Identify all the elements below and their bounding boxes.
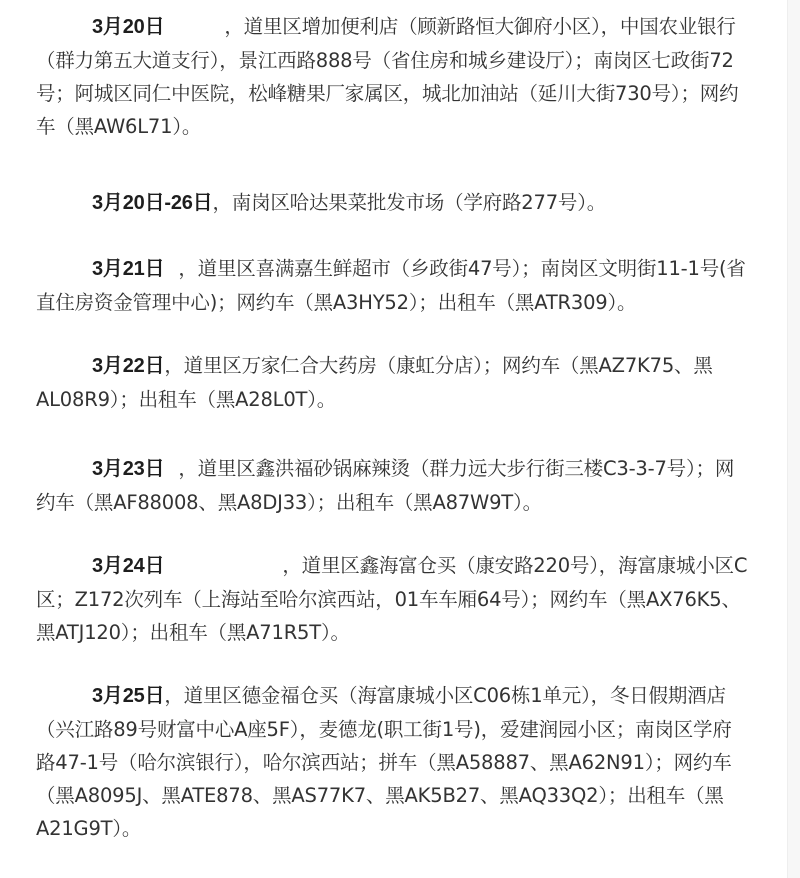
date-label: 3月25日 [92, 685, 164, 707]
paragraph-mar-24: 3月24日，道里区鑫海富仓买（康安路220号），海富康城小区C区；Z172次列车… [36, 549, 748, 649]
date-label: 3月24日 [92, 555, 164, 577]
date-label: 3月23日 [92, 458, 164, 480]
date-label: 3月22日 [92, 355, 164, 377]
paragraph-mar-20-26: 3月20日-26日，南岗区哈达果菜批发市场（学府路277号）。 [36, 186, 748, 220]
paragraph-mar-21: 3月21日，道里区喜满嘉生鲜超市（乡政街47号）；南岗区文明街11-1号(省直住… [36, 252, 748, 319]
page-edge [787, 0, 800, 878]
location-text: ，道里区德金福仓买（海富康城小区C06栋1单元），冬日假期酒店（兴江路89号财富… [36, 684, 732, 840]
location-text: ，南岗区哈达果菜批发市场（学府路277号）。 [212, 191, 606, 214]
date-label: 3月20日-26日 [92, 192, 212, 214]
paragraph-mar-22: 3月22日，道里区万家仁合大药房（康虹分店）；网约车（黑AZ7K75、黑AL08… [36, 349, 748, 416]
paragraph-mar-20: 3月20日，道里区增加便利店（顾新路恒大御府小区），中国农业银行（群力第五大道支… [36, 10, 748, 143]
date-label: 3月20日 [92, 16, 164, 38]
paragraph-mar-23: 3月23日，道里区鑫洪福砂锅麻辣烫（群力远大步行街三楼C3-3-7号）；网约车（… [36, 452, 748, 519]
date-label: 3月21日 [92, 258, 164, 280]
paragraph-mar-25: 3月25日，道里区德金福仓买（海富康城小区C06栋1单元），冬日假期酒店（兴江路… [36, 679, 748, 845]
